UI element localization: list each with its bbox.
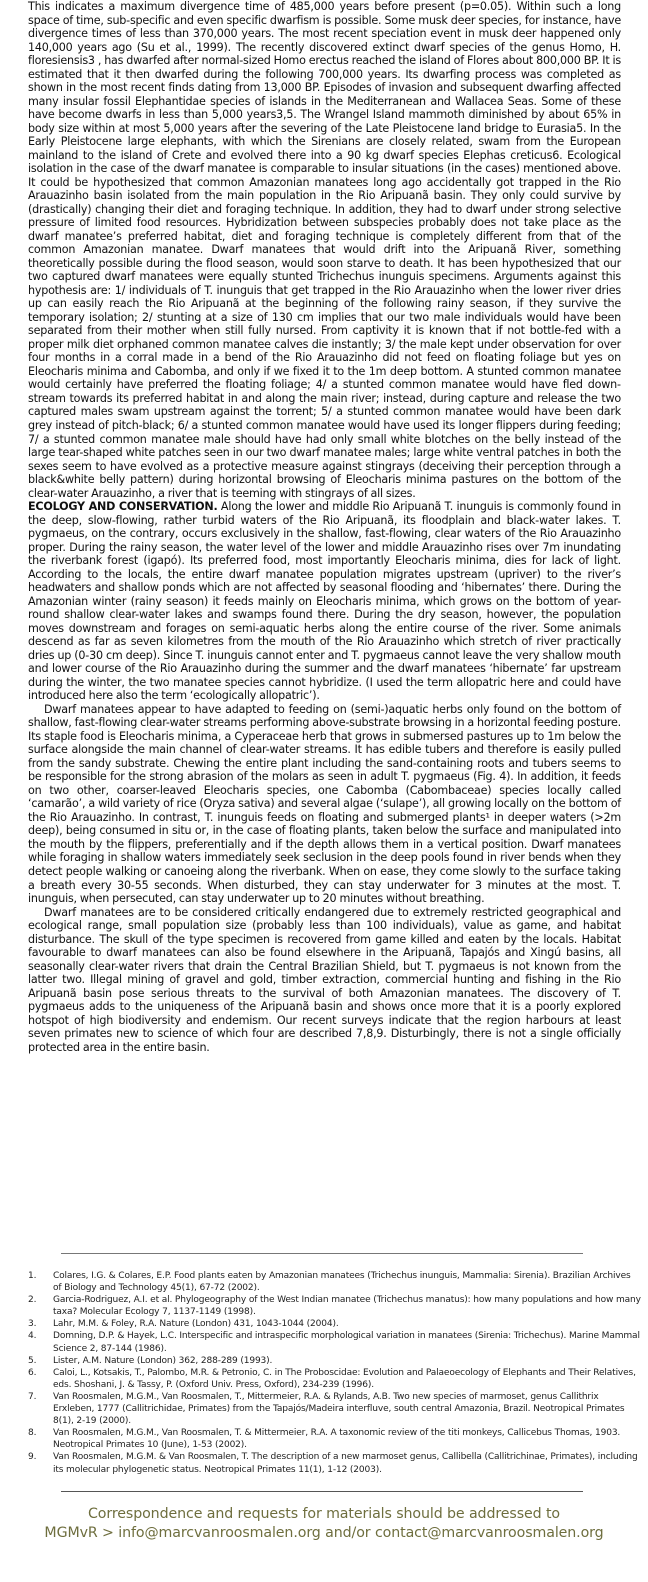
reference-number: 7.: [28, 1391, 50, 1403]
paragraph-divergence-dwarfism: This indicates a maximum divergence time…: [28, 0, 621, 500]
reference-number: 3.: [28, 1318, 50, 1330]
paragraph-ecology-conservation: ECOLOGY AND CONSERVATION. Along the lowe…: [28, 500, 621, 703]
reference-item: 3.Lahr, M.M. & Foley, R.A. Nature (Londo…: [41, 1318, 641, 1330]
contact-prefix: MGMvR >: [44, 1525, 118, 1541]
reference-text: Colares, I.G. & Colares, E.P. Food plant…: [53, 1271, 631, 1293]
reference-item: 9.Van Roosmalen, M.G.M. & Van Roosmalen,…: [41, 1451, 641, 1475]
reference-item: 1.Colares, I.G. & Colares, E.P. Food pla…: [41, 1270, 641, 1294]
section-heading-ecology-conservation: ECOLOGY AND CONSERVATION.: [28, 500, 218, 513]
reference-item: 2.Garcia-Rodriguez, A.I. et al. Phylogeo…: [41, 1294, 641, 1318]
reference-text: Van Roosmalen, M.G.M. & Van Roosmalen, T…: [53, 1452, 638, 1474]
reference-text: Domning, D.P. & Hayek, L.C. Interspecifi…: [53, 1331, 640, 1353]
reference-number: 5.: [28, 1355, 50, 1367]
reference-item: 4.Domning, D.P. & Hayek, L.C. Interspeci…: [41, 1330, 641, 1354]
paragraph-feeding: Dwarf manatees appear to have adapted to…: [28, 703, 621, 906]
paragraph-text: Along the lower and middle Rio Aripuanã …: [28, 500, 621, 702]
paragraph-text: Dwarf manatees are to be considered crit…: [28, 906, 621, 1054]
reference-number: 9.: [28, 1451, 50, 1463]
reference-item: 8.Van Roosmalen, M.G.M., Van Roosmalen, …: [41, 1427, 641, 1451]
reference-text: Lister, A.M. Nature (London) 362, 288-28…: [53, 1356, 272, 1366]
contact-line: MGMvR > info@marcvanroosmalen.org and/or…: [0, 1524, 648, 1543]
reference-item: 5.Lister, A.M. Nature (London) 362, 288-…: [41, 1355, 641, 1367]
references-list: 1.Colares, I.G. & Colares, E.P. Food pla…: [28, 1270, 641, 1476]
reference-item: 6.Caloi, L., Kotsakis, T., Palombo, M.R.…: [41, 1367, 641, 1391]
reference-number: 1.: [28, 1270, 50, 1282]
reference-number: 8.: [28, 1427, 50, 1439]
reference-text: Garcia-Rodriguez, A.I. et al. Phylogeogr…: [53, 1295, 641, 1317]
reference-text: Van Roosmalen, M.G.M., Van Roosmalen, T.…: [53, 1428, 620, 1450]
reference-number: 4.: [28, 1330, 50, 1342]
paragraph-endangered: Dwarf manatees are to be considered crit…: [28, 906, 621, 1055]
reference-text: Van Roosmalen, M.G.M., Van Roosmalen, T.…: [53, 1392, 624, 1426]
reference-number: 6.: [28, 1367, 50, 1379]
reference-text: Caloi, L., Kotsakis, T., Palombo, M.R. &…: [53, 1368, 636, 1390]
contact-connector: and/or: [321, 1525, 375, 1541]
paragraph-text: Dwarf manatees appear to have adapted to…: [28, 703, 621, 905]
paragraph-text: This indicates a maximum divergence time…: [28, 0, 621, 500]
references-divider: [61, 1253, 583, 1254]
correspondence-footer: Correspondence and requests for material…: [0, 1505, 648, 1543]
email-link-contact[interactable]: contact@marcvanroosmalen.org: [375, 1525, 604, 1541]
correspondence-line: Correspondence and requests for material…: [0, 1505, 648, 1524]
reference-number: 2.: [28, 1294, 50, 1306]
reference-text: Lahr, M.M. & Foley, R.A. Nature (London)…: [53, 1319, 339, 1329]
footer-divider: [61, 1491, 583, 1492]
reference-item: 7.Van Roosmalen, M.G.M., Van Roosmalen, …: [41, 1391, 641, 1427]
article-body: This indicates a maximum divergence time…: [28, 0, 621, 1054]
email-link-info[interactable]: info@marcvanroosmalen.org: [118, 1525, 320, 1541]
